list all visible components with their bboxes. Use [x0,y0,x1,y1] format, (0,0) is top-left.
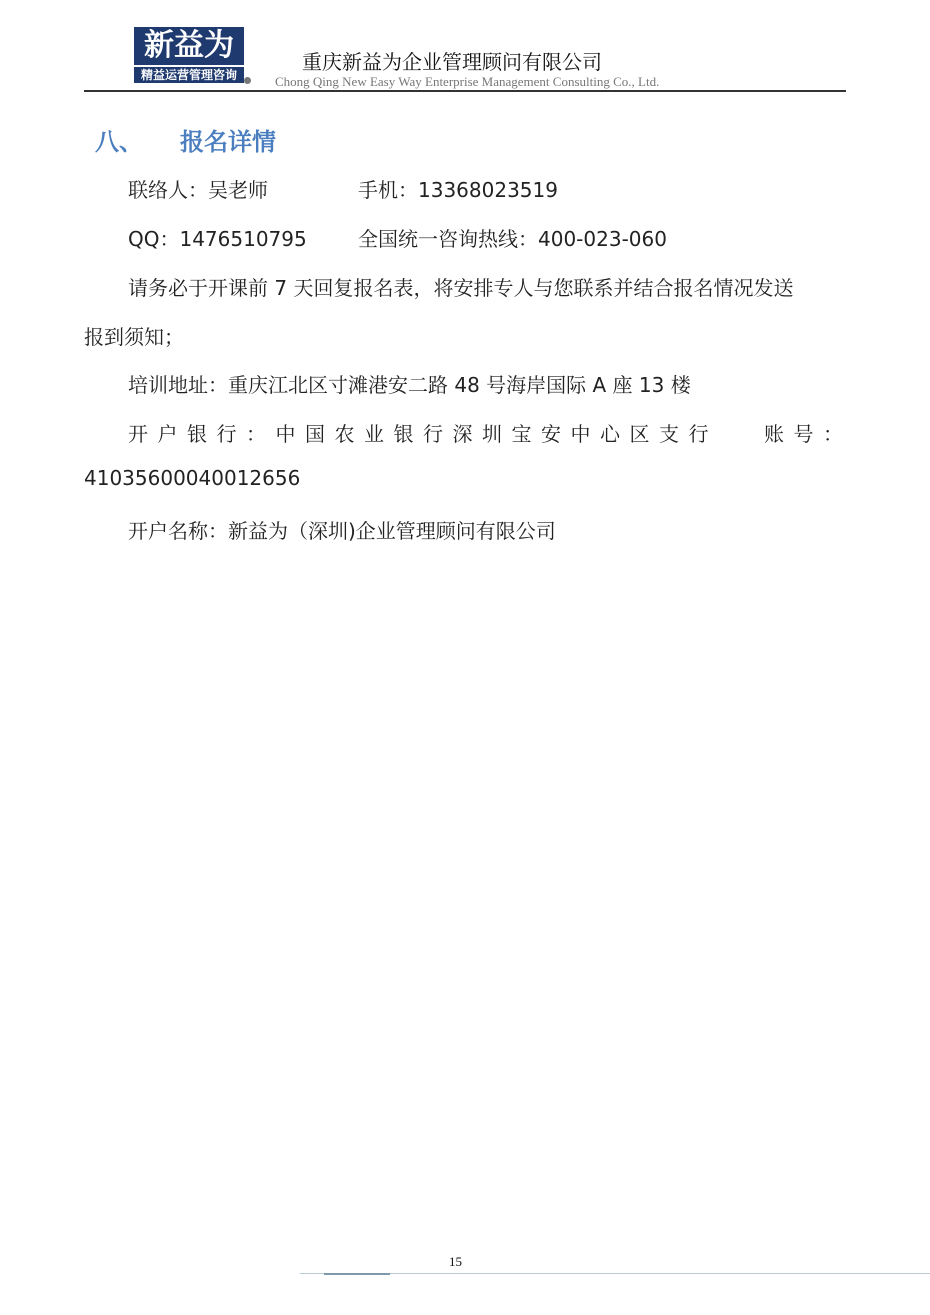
section-heading: 八、报名详情 [95,122,276,157]
company-name-en: Chong Qing New Easy Way Enterprise Manag… [275,74,659,90]
account-number: 41035600040012656 [84,466,300,490]
training-address: 培训地址：重庆江北区寸滩港安二路 48 号海岸国际 A 座 13 楼 [128,369,691,398]
section-number: 八、 [95,122,180,157]
logo-sub-text: 精益运营管理咨询 [134,67,244,83]
account-name: 开户名称：新益为（深圳)企业管理顾问有限公司 [128,515,556,544]
qq-number: QQ：1476510795 [128,223,307,252]
bank-name: 开户银行：中国农业银行深圳宝安中心区支行 [128,418,718,447]
company-logo: 新益为 精益运营管理咨询 [134,27,244,85]
company-name-cn: 重庆新益为企业管理顾问有限公司 [302,46,602,75]
mobile-number: 手机：13368023519 [358,174,558,203]
logo-main-text: 新益为 [134,27,244,65]
section-title: 报名详情 [180,128,276,156]
account-label: 账号： [764,418,853,447]
footer-divider [300,1273,930,1274]
contact-person: 联络人：吴老师 [128,174,268,203]
notice-text-line2: 报到须知； [84,321,184,350]
hotline-number: 全国统一咨询热线：400-023-060 [358,223,667,252]
header-divider [84,90,846,92]
notice-text-line1: 请务必于开课前 7 天回复报名表，将安排专人与您联系并结合报名情况发送 [128,272,793,301]
logo-dot-icon [244,77,251,84]
footer-divider-accent [324,1273,390,1275]
page-number: 15 [449,1254,462,1270]
